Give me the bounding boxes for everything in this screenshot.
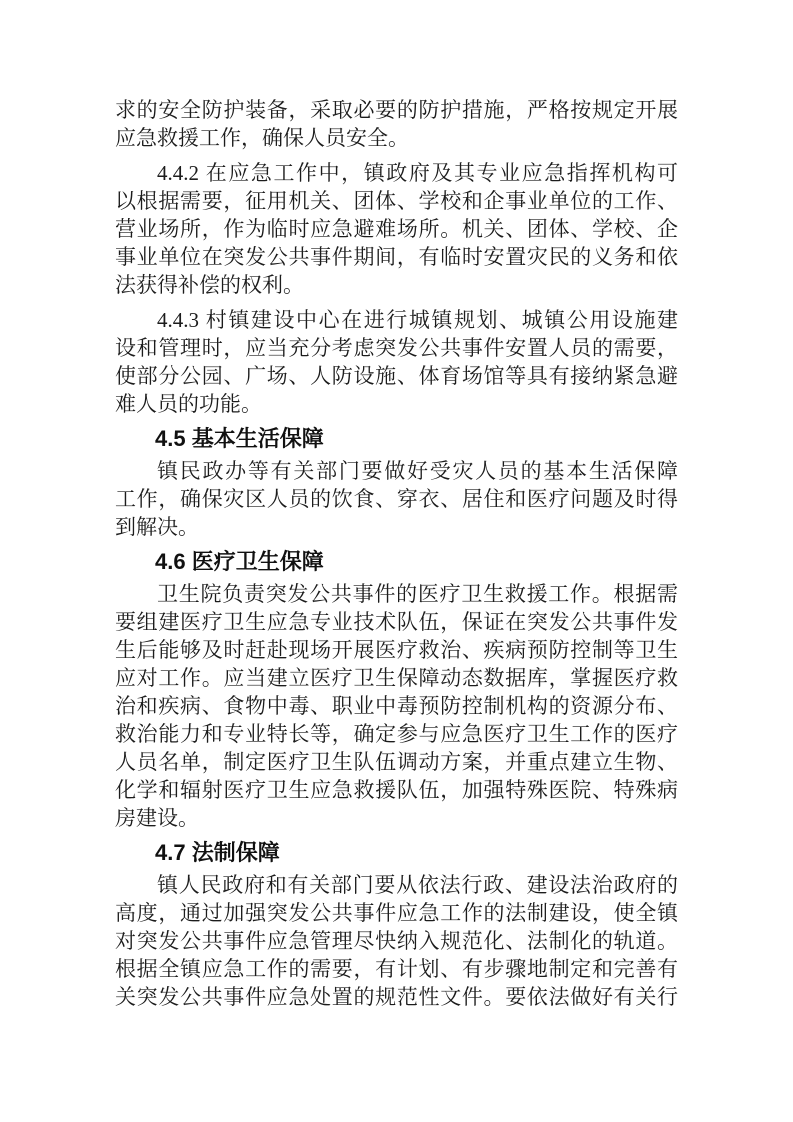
body-text-line: 法获得补偿的权利。 [115,271,678,299]
body-text-line: 求的安全防护装备，采取必要的防护措施，严格按规定开展 [115,96,678,124]
body-text-line: 根据全镇应急工作的需要，有计划、有步骤地制定和完善有 [115,955,678,983]
body-text-line: 镇人民政府和有关部门要从依法行政、建设法治政府的 [115,871,678,899]
body-text-line: 化学和辐射医疗卫生应急救援队伍，加强特殊医院、特殊病 [115,776,678,804]
body-text-line: 对突发公共事件应急管理尽快纳入规范化、法制化的轨道。 [115,927,678,955]
paragraph-4-6-body: 卫生院负责突发公共事件的医疗卫生救援工作。根据需 要组建医疗卫生应急专业技术队伍… [115,580,678,832]
body-text-line: 生后能够及时赶赴现场开展医疗救治、疾病预防控制等卫生 [115,636,678,664]
body-text-line: 到解决。 [115,513,678,541]
body-text-line: 高度，通过加强突发公共事件应急工作的法制建设，使全镇 [115,899,678,927]
body-text-line: 使部分公园、广场、人防设施、体育场馆等具有接纳紧急避 [115,362,678,390]
section-heading-4-6-medical-health-support: 4.6 医疗卫生保障 [115,548,678,576]
body-text-line: 4.4.2 在应急工作中，镇政府及其专业应急指挥机构可 [115,159,678,187]
document-body: 求的安全防护装备，采取必要的防护措施，严格按规定开展 应急救援工作，确保人员安全… [115,96,678,1018]
paragraph-4-4-2: 4.4.2 在应急工作中，镇政府及其专业应急指挥机构可 以根据需要，征用机关、团… [115,159,678,299]
paragraph-continuation: 求的安全防护装备，采取必要的防护措施，严格按规定开展 应急救援工作，确保人员安全… [115,96,678,152]
body-text-line: 事业单位在突发公共事件期间，有临时安置灾民的义务和依 [115,243,678,271]
paragraph-4-7-body: 镇人民政府和有关部门要从依法行政、建设法治政府的 高度，通过加强突发公共事件应急… [115,871,678,1011]
body-text-line: 应急救援工作，确保人员安全。 [115,124,678,152]
paragraph-4-4-3: 4.4.3 村镇建设中心在进行城镇规划、城镇公用设施建 设和管理时，应当充分考虑… [115,306,678,418]
body-text-line: 4.4.3 村镇建设中心在进行城镇规划、城镇公用设施建 [115,306,678,334]
body-text-line: 难人员的功能。 [115,390,678,418]
body-text-line: 要组建医疗卫生应急专业技术队伍，保证在突发公共事件发 [115,608,678,636]
body-text-line: 关突发公共事件应急处置的规范性文件。要依法做好有关行 [115,983,678,1011]
body-text-line: 镇民政办等有关部门要做好受灾人员的基本生活保障 [115,457,678,485]
body-text-line: 工作，确保灾区人员的饮食、穿衣、居住和医疗问题及时得 [115,485,678,513]
paragraph-4-5-body: 镇民政办等有关部门要做好受灾人员的基本生活保障 工作，确保灾区人员的饮食、穿衣、… [115,457,678,541]
body-text-line: 设和管理时，应当充分考虑突发公共事件安置人员的需要， [115,334,678,362]
body-text-line: 以根据需要，征用机关、团体、学校和企事业单位的工作、 [115,187,678,215]
body-text-line: 人员名单，制定医疗卫生队伍调动方案，并重点建立生物、 [115,748,678,776]
body-text-line: 治和疾病、食物中毒、职业中毒预防控制机构的资源分布、 [115,692,678,720]
document-page: 求的安全防护装备，采取必要的防护措施，严格按规定开展 应急救援工作，确保人员安全… [0,0,793,1122]
body-text-line: 救治能力和专业特长等，确定参与应急医疗卫生工作的医疗 [115,720,678,748]
body-text-line: 应对工作。应当建立医疗卫生保障动态数据库，掌握医疗救 [115,664,678,692]
section-heading-4-5-basic-living-support: 4.5 基本生活保障 [115,425,678,453]
body-text-line: 房建设。 [115,804,678,832]
section-heading-4-7-legal-support: 4.7 法制保障 [115,839,678,867]
body-text-line: 卫生院负责突发公共事件的医疗卫生救援工作。根据需 [115,580,678,608]
body-text-line: 营业场所，作为临时应急避难场所。机关、团体、学校、企 [115,215,678,243]
